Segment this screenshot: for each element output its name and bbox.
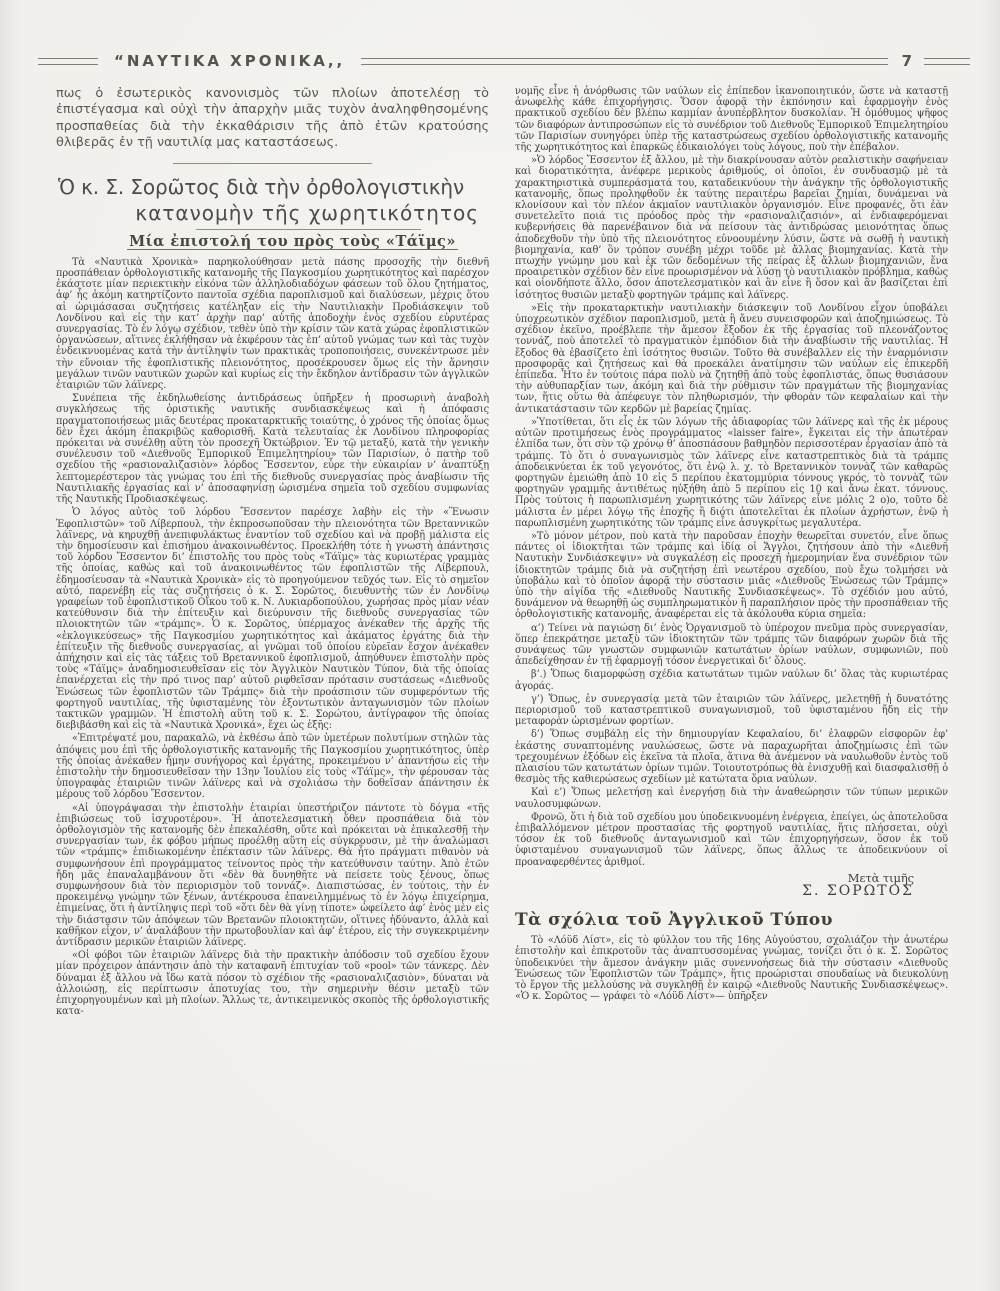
article-paragraph: »Τὸ μόνον μέτρον, ποὺ κατὰ τὴν παροῦσαν …	[515, 531, 948, 621]
magazine-page: “ΝΑΥΤΙΚΑ ΧΡΟΝΙΚΑ,, 7 πως ὁ ἐσωτερικὸς κα…	[0, 0, 1000, 1291]
header-rule-center	[361, 58, 887, 65]
article-paragraph: νομῆς εἶνε ἡ ἀνόρθωσις τῶν ναύλων εἰς ἐπ…	[515, 86, 948, 153]
header-rule-left	[38, 58, 98, 65]
column-right: νομῆς εἶνε ἡ ἀνόρθωσις τῶν ναύλων εἰς ἐπ…	[515, 86, 948, 1019]
column-left: πως ὁ ἐσωτερικὸς κανονισμὸς τῶν πλοίων ἀ…	[56, 86, 489, 1019]
article-paragraph: β’.) Ὅπως διαμορφώσῃ σχέδια κατωτάτων τι…	[515, 669, 948, 691]
title-underline-rule	[196, 229, 421, 230]
article-paragraph: «Αἱ ὑπογράψασαι τὴν ἐπιστολὴν ἑταιρίαι ὑ…	[56, 803, 489, 949]
intro-continuation-paragraph: πως ὁ ἐσωτερικὸς κανονισμὸς τῶν πλοίων ἀ…	[56, 86, 489, 152]
article-paragraph: «Οἱ φόβοι τῶν ἑταιριῶν λάϊνερς διὰ τὴν π…	[56, 950, 489, 1017]
article-paragraph: α’) Τείνει νὰ παγιώσῃ δι’ ἑνὸς Ὀργανισμο…	[515, 623, 948, 668]
article-paragraph: Τὰ «Ναυτικὰ Χρονικὰ» παρηκολούθησαν μετὰ…	[56, 257, 489, 391]
article-paragraph: Φρονῶ, ὅτι ἡ διὰ τοῦ σχεδίου μου ὑποδεικ…	[515, 812, 948, 868]
article-paragraph: Καὶ ε’) Ὅπως μελετήσῃ καὶ ἐνεργήσῃ διὰ τ…	[515, 787, 948, 809]
article-paragraph: γ’) Ὅπως, ἐν συνεργασίᾳ μετὰ τῶν ἑταιριῶ…	[515, 694, 948, 728]
header-rule-right	[924, 58, 970, 65]
signature-block: Μετὰ τιμῆς Σ. ΣΟΡΩΤΟΣ	[515, 870, 948, 901]
article-paragraph: »Ὁ λόρδος Ἔσσεντον ἐξ ἄλλου, μὲ τὴν διακ…	[515, 155, 948, 301]
masthead-title: “ΝΑΥΤΙΚΑ ΧΡΟΝΙΚΑ,,	[114, 52, 345, 70]
section2-heading: Τὰ σχόλια τοῦ Ἀγγλικοῦ Τύπου	[515, 910, 948, 930]
article-subtitle-wrap: Μία ἐπιστολή του πρὸς τοὺς «Τάϊμς»	[96, 236, 489, 250]
signature-name: Σ. ΣΟΡΩΤΟΣ	[515, 886, 914, 897]
article-paragraph: δ’) Ὅπως συμβάλῃ εἰς τὴν δημιουργίαν Κεφ…	[515, 729, 948, 785]
section2-paragraph: Τὸ «Λόϋδ Λίστ», εἰς τὸ φύλλον του τῆς 16…	[515, 935, 948, 1002]
article-paragraph: Ὁ λόγος αὐτὸς τοῦ λόρδου Ἔσσεντον παρέσχ…	[56, 507, 489, 731]
two-column-text-area: πως ὁ ἐσωτερικὸς κανονισμὸς τῶν πλοίων ἀ…	[0, 70, 1000, 1019]
page-header: “ΝΑΥΤΙΚΑ ΧΡΟΝΙΚΑ,, 7	[38, 52, 970, 70]
article-paragraph: »Ὑποτίθεται, ὅτι εἷς ἐκ τῶν λόγων τῆς ἀδ…	[515, 417, 948, 529]
article-paragraph: »Εἰς τὴν προκαταρκτικὴν ναυτιλιακὴν διάσ…	[515, 303, 948, 415]
article-paragraph: «Ἐπιτρέψατέ μου, παρακαλῶ, νὰ ἐκθέσω ἀπὸ…	[56, 733, 489, 800]
article-title-line1: Ὁ κ. Σ. Σορῶτος διὰ τὴν ὀρθολογιστικὴν	[58, 174, 489, 200]
page-number: 7	[902, 52, 912, 70]
article-subtitle: Μία ἐπιστολή του πρὸς τοὺς «Τάϊμς»	[127, 236, 458, 250]
article-paragraph: Συνέπεια τῆς ἐκδηλωθείσης ἀντιδράσεως ὑπ…	[56, 393, 489, 505]
article-title-line2: κατανομὴν τῆς χωρητικότητος	[56, 200, 479, 226]
section-divider-rule	[173, 163, 372, 164]
